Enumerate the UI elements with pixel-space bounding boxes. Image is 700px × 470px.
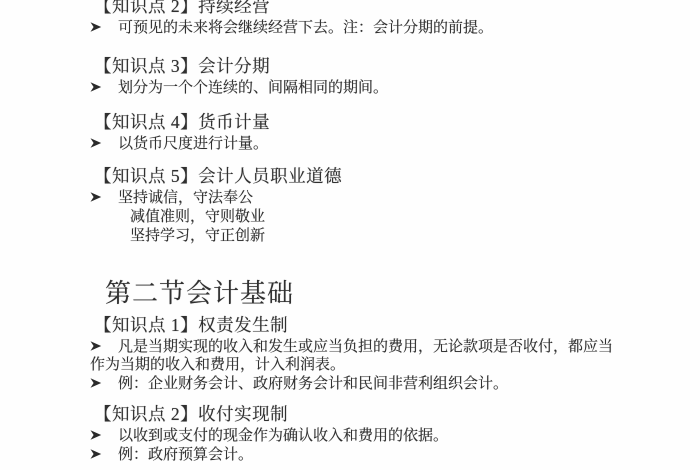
document-page: 【知识点 2】持续经营 可预见的未来将会继续经营下去。注：会计分期的前提。 【知…: [0, 0, 700, 470]
knowledge-point-heading: 【知识点 1】权责发生制: [90, 313, 622, 337]
bullet-line: 坚持诚信，守法奉公: [90, 189, 622, 207]
knowledge-point-heading: 【知识点 4】货币计量: [90, 110, 622, 134]
arrowhead-right-icon: [90, 429, 102, 441]
document-content: 【知识点 2】持续经营 可预见的未来将会继续经营下去。注：会计分期的前提。 【知…: [90, 0, 622, 470]
knowledge-point-block: 【知识点 3】会计分期 划分为一个个连续的、间隔相同的期间。: [90, 54, 622, 97]
knowledge-point-block: 【知识点 5】会计人员职业道德 坚持诚信，守法奉公 减值准则，守则敬业 坚持学习…: [90, 164, 622, 245]
bullet-line: 例：企业财务会计、政府财务会计和民间非营利组织会计。: [90, 375, 622, 393]
bullet-text: 划分为一个个连续的、间隔相同的期间。: [118, 80, 388, 96]
knowledge-point-block: 【知识点 2】收付实现制 以收到或支付的现金作为确认收入和费用的依据。 例：政府…: [90, 402, 622, 464]
knowledge-point-block: 【知识点 4】货币计量 以货币尺度进行计量。: [90, 110, 622, 153]
knowledge-point-heading: 【知识点 3】会计分期: [90, 54, 622, 78]
bullet-line: 以货币尺度进行计量。: [90, 135, 622, 153]
knowledge-point-block: 【知识点 1】权责发生制 凡是当期实现的收入和发生或应当负担的费用，无论款项是否…: [90, 313, 622, 393]
arrowhead-right-icon: [90, 191, 102, 203]
arrowhead-right-icon: [90, 448, 102, 460]
bullet-line: 可预见的未来将会继续经营下去。注：会计分期的前提。: [90, 19, 622, 37]
continuation-line: 减值准则，守则敬业: [90, 208, 622, 226]
knowledge-point-heading: 【知识点 5】会计人员职业道德: [90, 164, 622, 188]
knowledge-point-block: 【知识点 2】持续经营 可预见的未来将会继续经营下去。注：会计分期的前提。: [90, 0, 622, 37]
bullet-line: 凡是当期实现的收入和发生或应当负担的费用，无论款项是否收付，都应当作为当期的收入…: [90, 338, 622, 374]
section-title: 第二节会计基础: [90, 280, 637, 308]
bullet-text: 以收到或支付的现金作为确认收入和费用的依据。: [118, 428, 448, 444]
arrowhead-right-icon: [90, 81, 102, 93]
bullet-text: 凡是当期实现的收入和发生或应当负担的费用，无论款项是否收付，都应当作为当期的收入…: [90, 339, 613, 373]
bullet-line: 以收到或支付的现金作为确认收入和费用的依据。: [90, 427, 622, 445]
continuation-line: 坚持学习，守正创新: [90, 227, 622, 245]
bullet-text: 以货币尺度进行计量。: [118, 136, 268, 152]
knowledge-point-heading: 【知识点 2】持续经营: [90, 0, 622, 18]
knowledge-point-heading: 【知识点 2】收付实现制: [90, 402, 622, 426]
arrowhead-right-icon: [90, 137, 102, 149]
arrowhead-right-icon: [90, 340, 102, 352]
bullet-text: 例：企业财务会计、政府财务会计和民间非营利组织会计。: [118, 376, 508, 392]
arrowhead-right-icon: [90, 21, 102, 33]
bullet-text: 例：政府预算会计。: [118, 447, 253, 463]
bullet-text: 可预见的未来将会继续经营下去。注：会计分期的前提。: [118, 20, 493, 36]
bullet-text: 坚持诚信，守法奉公: [118, 190, 253, 206]
bullet-line: 划分为一个个连续的、间隔相同的期间。: [90, 79, 622, 97]
arrowhead-right-icon: [90, 377, 102, 389]
bullet-line: 例：政府预算会计。: [90, 446, 622, 464]
